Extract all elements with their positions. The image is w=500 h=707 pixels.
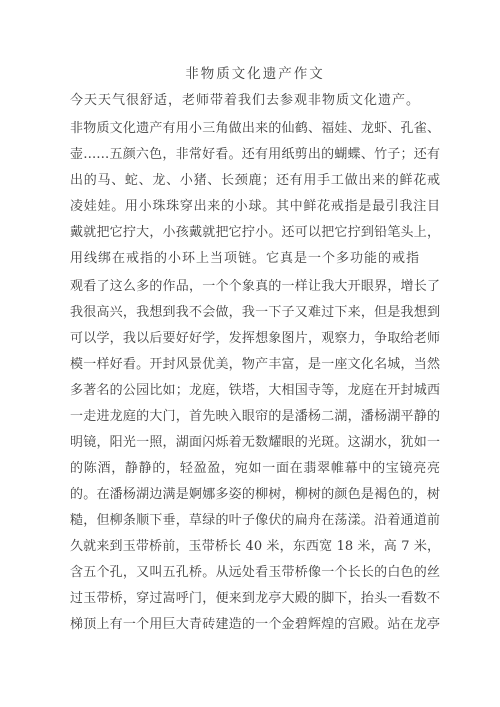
text-line: 过玉带桥，穿过嵩呼门，便来到龙亭大殿的脚下，抬头一看数不清的阶: [70, 586, 440, 612]
paragraph-crafts: 非物质文化遗产有用小三角做出来的仙鹤、福娃、龙虾、孔雀、水 壶……五颜六色，非常…: [70, 116, 440, 272]
text-line: 戴就把它拧大，小孩戴就把它拧小。还可以把它拧到铅笔头上，还可以: [70, 220, 440, 246]
text-line: 明镜，阳光一照，湖面闪烁着无数耀眼的光斑。这湖水，犹如一潭诱人: [70, 430, 440, 456]
text-line: 糙，但柳条顺下垂，草绿的叶子像伏的扁舟在荡漾。沿着通道前行，不: [70, 508, 440, 534]
text-line: 壶……五颜六色，非常好看。还有用纸剪出的蝴蝶、竹子；还有用糖做: [70, 142, 440, 168]
text-line: 凌娃娃。用小珠珠穿出来的小球。其中鲜花戒指是最引我注目的，大人: [70, 194, 440, 220]
text-line: 一走进龙庭的大门，首先映入眼帘的是潘杨二湖，潘杨湖平静的像一面: [70, 404, 440, 430]
text-line: 非物质文化遗产有用小三角做出来的仙鹤、福娃、龙虾、孔雀、水: [70, 116, 440, 142]
text-line: 多著名的公园比如；龙庭，铁塔，大相国寺等，龙庭在开封城西北偶。: [70, 378, 440, 404]
text-line: 含五个孔，又叫五孔桥。从远处看玉带桥像一个长长的白色的丝带。跨: [70, 560, 440, 586]
text-line: 今天天气很舒适，老师带着我们去参观非物质文化遗产。: [70, 88, 440, 114]
text-line: 梯顶上有一个用巨大青砖建造的一个金碧辉煌的宫殿。站在龙亭大殿门: [70, 612, 440, 638]
paragraph-intro: 今天天气很舒适，老师带着我们去参观非物质文化遗产。: [70, 88, 440, 114]
text-line: 出的马、蛇、龙、小猪、长颈鹿；还有用手工做出来的鲜花戒指、冰激: [70, 168, 440, 194]
text-line: 观看了这么多的作品，一个个象真的一样让我大开眼界，增长了见识。: [70, 274, 440, 300]
text-line: 可以学，我以后要好好学，发挥想象图片，观察力，争取给老师做的一: [70, 326, 440, 352]
text-line: 久就来到玉带桥前，玉带桥长 40 米，东西宽 18 米，高 7 米，下砌拱形: [70, 534, 440, 560]
text-line: 模一样好看。开封风景优美，物产丰富，是一座文化名城，当然也有许: [70, 352, 440, 378]
essay-title: 非物质文化遗产作文: [70, 60, 440, 88]
text-line: 我很高兴，我想到我不会做，我一下子又难过下来，但是我想到不会做: [70, 300, 440, 326]
text-line: 的陈酒，静静的，轻盈盈，宛如一面在翡翠帷幕中的宝镜亮亮的，蓝蓝: [70, 456, 440, 482]
text-line: 用线绑在戒指的小环上当项链。它真是一个多功能的戒指呵。: [70, 246, 440, 272]
document-page: 非物质文化遗产作文 今天天气很舒适，老师带着我们去参观非物质文化遗产。 非物质文…: [0, 0, 500, 707]
text-line: 的。在潘杨湖边满是婀娜多姿的柳树，柳树的颜色是褐色的，树皮很粗: [70, 482, 440, 508]
paragraph-visit: 观看了这么多的作品，一个个象真的一样让我大开眼界，增长了见识。 我很高兴，我想到…: [70, 274, 440, 638]
